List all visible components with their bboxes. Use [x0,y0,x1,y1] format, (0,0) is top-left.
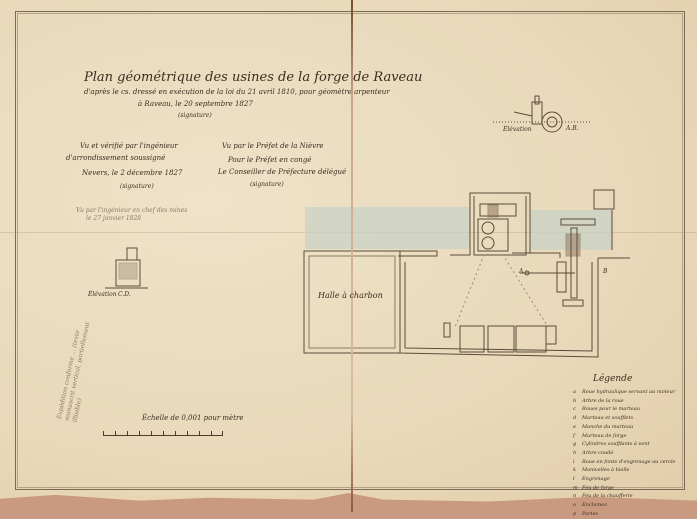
legend-item: oEnclumes [573,501,676,510]
room-label-halle: Halle à charbon [318,291,383,300]
marker-a: A [519,268,523,275]
legend-list: aRoue hydraulique servant au moteur bArb… [573,388,676,512]
section-ref: A.B. [566,125,579,132]
small-detail-ref: C.D. [118,291,131,298]
legend-item: bArbre de la roue [573,397,676,406]
vertical-fold-line [351,0,353,512]
legend-title: Légende [593,374,632,384]
legend-item: kManivelles à bielle [573,466,676,475]
legend-item: aRoue hydraulique servant au moteur [573,388,676,397]
legend-item: hArbre coudé [573,449,676,458]
legend-item: gCylindres soufflants à vent [573,440,676,449]
section-label: Élévation [503,126,532,133]
legend-item: cRoues pour le marteau [573,405,676,414]
legend-item: eManche du marteau [573,423,676,432]
legend-item: fMarteau de forge [573,432,676,441]
marker-b: B [603,268,607,275]
legend-item: lEngrenage [573,475,676,484]
legend-item: iRoue en fonte d'engrenage au cercle [573,458,676,467]
legend-item: nFeu de la chaufferie [573,492,676,501]
legend-item: dMarteau et soufflets [573,414,676,423]
legend-item: mFeu de forge [573,484,676,493]
small-detail-label: Élévation [88,291,117,298]
